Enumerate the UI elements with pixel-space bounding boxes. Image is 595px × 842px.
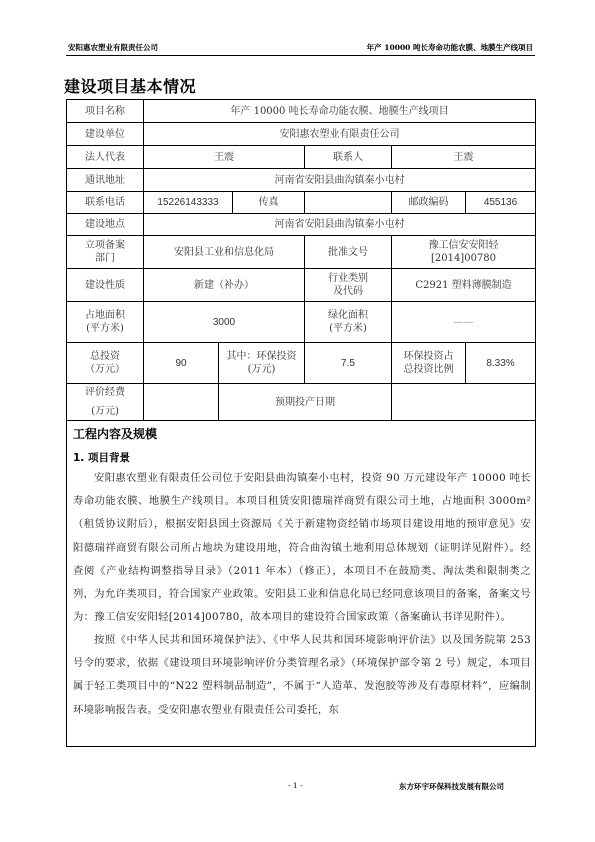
- start-date-value: [391, 384, 535, 420]
- fee-value: [143, 384, 218, 420]
- approval-no-value: 豫工信安安阳轻[2014]00780: [391, 236, 535, 268]
- table-row: 占地面积(平方米) 3000 绿化面积(平方米) ——: [66, 301, 536, 342]
- table-row: 项目名称 年产 10000 吨长寿命功能农膜、地膜生产线项目: [66, 99, 536, 122]
- page-number: - 1 -: [288, 781, 303, 790]
- table-row: 建设地点 河南省安阳县曲沟镇秦小屯村: [66, 213, 536, 235]
- builder-value: 安阳惠农塑业有限责任公司: [143, 123, 535, 145]
- env-invest-value: 7.5: [304, 343, 391, 383]
- table-row: 建设性质 新建（补办） 行业类别及代码 C2921 塑料薄膜制造: [66, 268, 536, 301]
- contact-value: 王震: [391, 146, 535, 168]
- env-ratio-label: 环保投资占总投资比例: [391, 343, 465, 383]
- nature-value: 新建（补办）: [143, 269, 304, 301]
- section-title: 工程内容及规模: [73, 425, 157, 442]
- legal-rep-label: 法人代表: [67, 146, 143, 168]
- green-label: 绿化面积(平方米): [304, 302, 391, 342]
- table-row: 总投资（万元） 90 其中：环保投资(万元) 7.5 环保投资占总投资比例 8.…: [66, 342, 536, 383]
- address-label: 通讯地址: [67, 169, 143, 191]
- legal-rep-value: 王震: [143, 146, 304, 168]
- phone-label: 联系电话: [67, 192, 143, 213]
- page-header: 安阳惠农塑业有限责任公司 年产 10000 吨长寿命功能农膜、地膜生产线项目: [66, 42, 535, 56]
- project-name-label: 项目名称: [67, 100, 143, 122]
- filing-dept-value: 安阳县工业和信息化局: [143, 236, 304, 268]
- table-row: 法人代表 王震 联系人 王震: [66, 145, 536, 168]
- header-company: 安阳惠农塑业有限责任公司: [68, 42, 158, 53]
- filing-dept-label: 立项备案部门: [85, 236, 125, 268]
- header-project: 年产 10000 吨长寿命功能农膜、地膜生产线项目: [367, 42, 533, 53]
- fax-value: [304, 192, 391, 213]
- paragraph-background: 安阳惠农塑业有限责任公司位于安阳县曲沟镇秦小屯村，投资 90 万元建设年产 10…: [73, 467, 531, 629]
- phone-value: 15226143333: [143, 192, 232, 213]
- industry-value: C2921 塑料薄膜制造: [391, 269, 535, 301]
- nature-label: 建设性质: [67, 269, 143, 301]
- green-value: ——: [391, 302, 535, 342]
- address-value: 河南省安阳县曲沟镇秦小屯村: [143, 169, 535, 191]
- invest-value: 90: [143, 343, 218, 383]
- env-ratio-value: 8.33%: [465, 343, 535, 383]
- site-value: 河南省安阳县曲沟镇秦小屯村: [143, 214, 535, 235]
- table-row: 联系电话 15226143333 传真 邮政编码 455136: [66, 191, 536, 213]
- start-date-label: 预期投产日期: [218, 384, 391, 420]
- contact-label: 联系人: [304, 146, 391, 168]
- postcode-value: 455136: [465, 192, 535, 213]
- project-content-box: 工程内容及规模 1. 项目背景 安阳惠农塑业有限责任公司位于安阳县曲沟镇秦小屯村…: [66, 420, 536, 747]
- area-label: 占地面积(平方米): [67, 302, 143, 342]
- basic-info-table: 项目名称 年产 10000 吨长寿命功能农膜、地膜生产线项目 建设单位 安阳惠农…: [66, 99, 536, 420]
- footer-company: 东方环宇环保科技发展有限公司: [399, 781, 504, 792]
- fax-label: 传真: [232, 192, 304, 213]
- site-label: 建设地点: [67, 214, 143, 235]
- env-invest-label: 其中：环保投资(万元): [218, 343, 304, 383]
- project-name-value: 年产 10000 吨长寿命功能农膜、地膜生产线项目: [143, 100, 535, 122]
- table-row: 立项备案部门 安阳县工业和信息化局 批准文号 豫工信安安阳轻[2014]0078…: [66, 235, 536, 268]
- approval-no-label: 批准文号: [304, 236, 391, 268]
- paragraph-regulation: 按照《中华人民共和国环境保护法》、《中华人民共和国环境影响评价法》以及国务院第 …: [73, 629, 531, 722]
- subsection-title: 1. 项目背景: [73, 450, 130, 465]
- postcode-label: 邮政编码: [391, 192, 465, 213]
- table-row: 建设单位 安阳惠农塑业有限责任公司: [66, 122, 536, 145]
- table-row: 通讯地址 河南省安阳县曲沟镇秦小屯村: [66, 168, 536, 191]
- industry-label: 行业类别及代码: [304, 269, 391, 301]
- area-value: 3000: [143, 302, 304, 342]
- invest-label: 总投资（万元）: [67, 343, 143, 383]
- fee-label: 评价经费(万元): [67, 384, 143, 420]
- builder-label: 建设单位: [67, 123, 143, 145]
- page-title: 建设项目基本情况: [64, 74, 196, 97]
- table-row: 评价经费(万元) 预期投产日期: [66, 383, 536, 420]
